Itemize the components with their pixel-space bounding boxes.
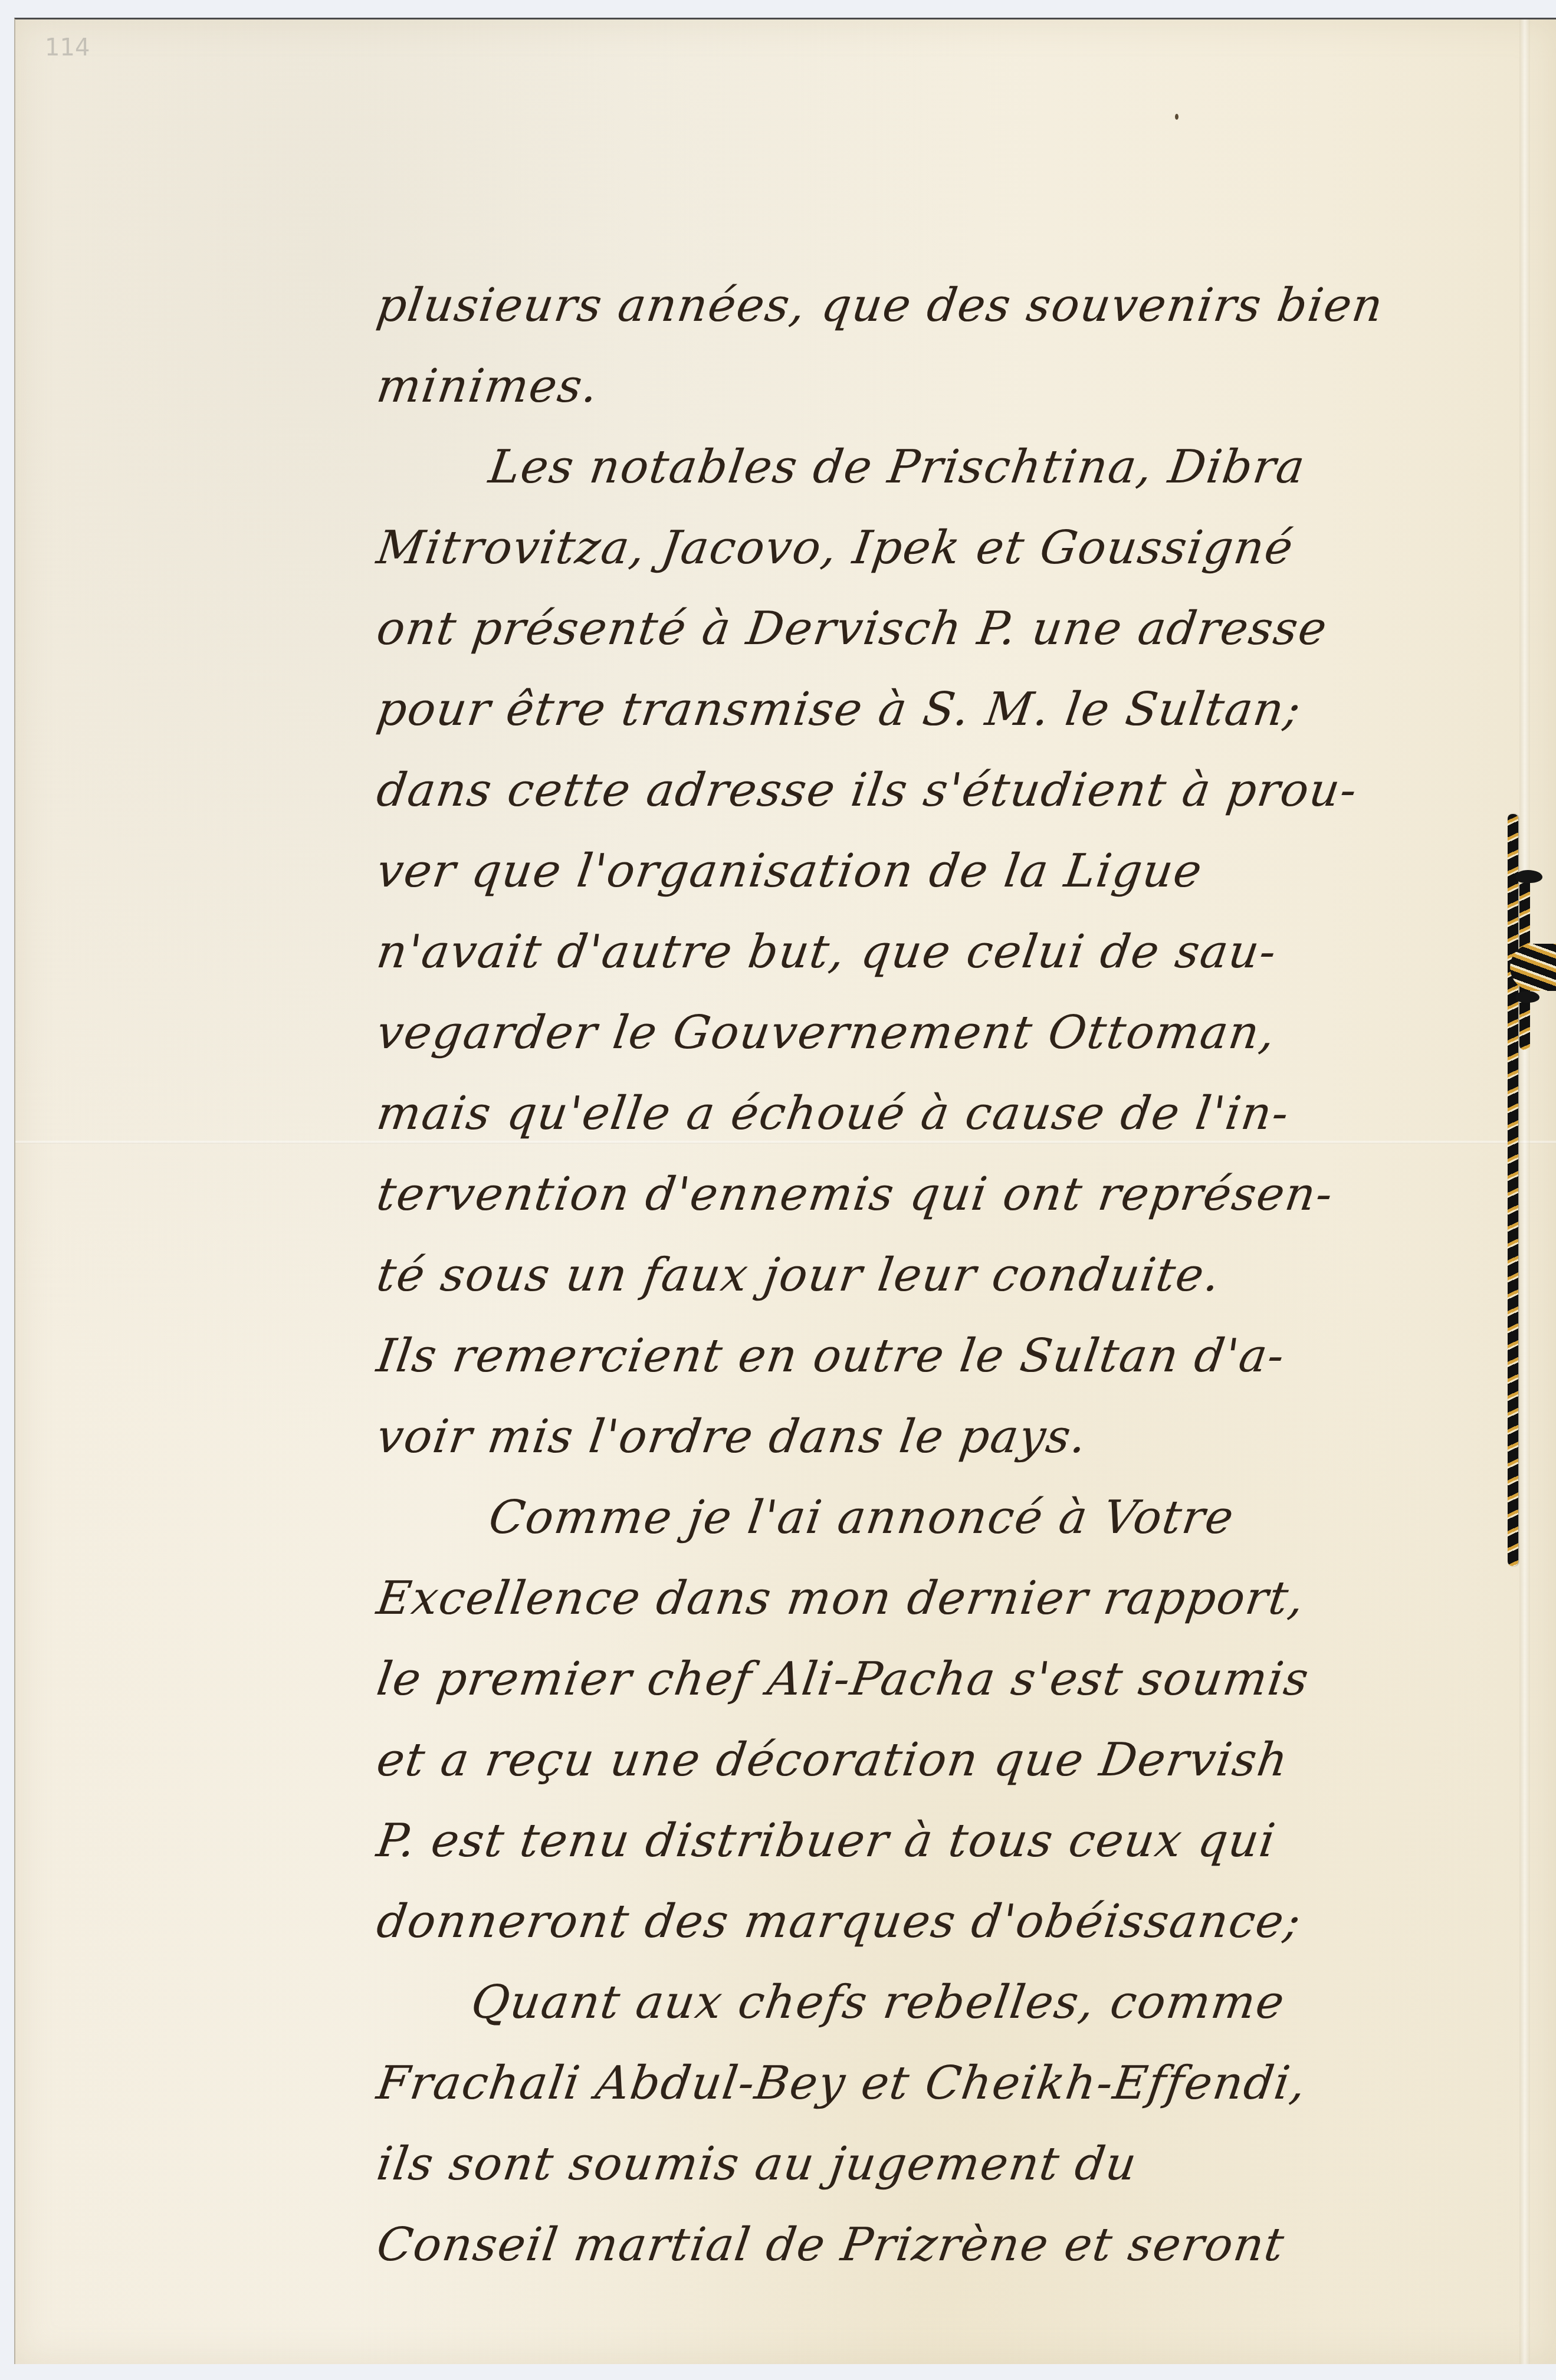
text-line: pour être transmise à S. M. le Sultan; [372, 669, 1521, 750]
paragraph-start-line: Comme je l'ai annoncé à Votre [372, 1478, 1521, 1558]
text-line: Mitrovitza, Jacovo, Ipek et Goussigné [372, 508, 1521, 589]
text-line: n'avait d'autre but, que celui de sau- [372, 912, 1521, 993]
text-line: minimes. [372, 346, 1521, 427]
text-line: dans cette adresse ils s'étudient à prou… [372, 750, 1521, 831]
pencil-folio-mark: 114 [45, 34, 127, 64]
cord-tassel [1516, 870, 1542, 883]
text-line: mais qu'elle a échoué à cause de l'in- [372, 1074, 1521, 1154]
text-line: et a reçu une décoration que Dervish [372, 1720, 1521, 1801]
text-line: té sous un faux jour leur conduite. [372, 1235, 1521, 1316]
text-line: Ils remercient en outre le Sultan d'a- [372, 1316, 1521, 1397]
text-line: le premier chef Ali-Pacha s'est soumis [372, 1639, 1521, 1720]
ink-spot [1175, 114, 1179, 120]
text-line: Frachali Abdul-Bey et Cheikh-Effendi, [372, 2043, 1521, 2124]
text-line: voir mis l'ordre dans le pays. [372, 1397, 1521, 1478]
cord-tassel [1516, 991, 1539, 1003]
vertical-fold-crease [1519, 19, 1530, 2364]
text-line: ont présenté à Dervisch P. une adresse [372, 589, 1521, 669]
paragraph-start-line: Quant aux chefs rebelles, comme [372, 1962, 1521, 2043]
text-line: vegarder le Gouvernement Ottoman, [372, 993, 1521, 1074]
binding-cord [1508, 814, 1518, 1566]
text-line: ver que l'organisation de la Ligue [372, 831, 1521, 912]
text-line: ils sont soumis au jugement du [372, 2124, 1521, 2205]
text-line: plusieurs années, que des souvenirs bien [372, 265, 1521, 346]
text-line: tervention d'ennemis qui ont représen- [372, 1154, 1521, 1235]
text-line: Conseil martial de Prizrène et seront [372, 2205, 1521, 2286]
text-line: P. est tenu distribuer à tous ceux qui [372, 1801, 1521, 1882]
letter-body: plusieurs années, que des souvenirs bien… [372, 265, 1510, 2286]
paragraph-start-line: Les notables de Prischtina, Dibra [372, 427, 1521, 508]
cord-knot [1510, 944, 1556, 991]
text-line: donneront des marques d'obéissance; [372, 1882, 1521, 1962]
text-line: Excellence dans mon dernier rapport, [372, 1558, 1521, 1639]
